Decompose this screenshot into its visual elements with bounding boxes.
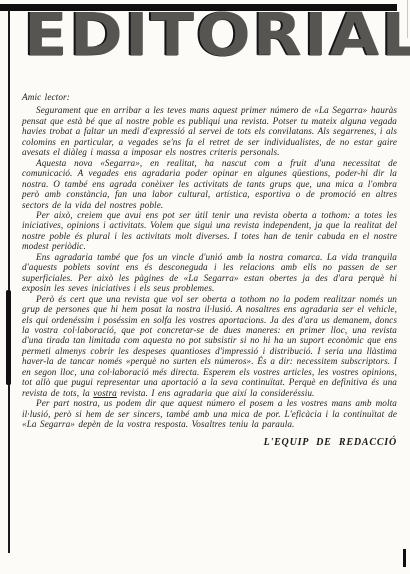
paragraph-closing: Per part nostra, us podem dir que aquest…: [22, 398, 397, 429]
paragraph-open-magazine: Per això, creiem que avui ens pot ser út…: [22, 210, 397, 252]
paragraph-intro: Segurament que en arribar a les teves ma…: [22, 105, 397, 157]
paragraph-collaboration: Però és cert que una revista que vol ser…: [22, 294, 397, 399]
salutation: Amic lector:: [22, 92, 397, 102]
page-title: EDITORIAL: [24, 6, 410, 65]
paragraph-comarca: Ens agradaria també que fos un vincle d'…: [22, 252, 397, 294]
signature: L'EQUIP DE REDACCIÓ: [22, 438, 397, 448]
masthead: EDITORIAL.: [24, 6, 404, 70]
editorial-body: Amic lector: Segurament que en arribar a…: [22, 92, 397, 448]
left-margin-rule-ink-blot: [6, 290, 11, 385]
bottom-right-print-mark: [403, 549, 406, 567]
paragraph-communication: Aquesta nova «Segarra», en realitat, ha …: [22, 158, 397, 210]
underlined-word: vostra: [93, 388, 117, 398]
left-margin-rule: [8, 10, 10, 553]
collaboration-text-after: revista. I ens agradaria que així la con…: [117, 388, 315, 398]
scanned-editorial-page: { "masthead": { "title": "EDITORIAL", "p…: [0, 0, 410, 574]
collaboration-text-before: Però és cert que una revista que vol ser…: [22, 294, 397, 398]
